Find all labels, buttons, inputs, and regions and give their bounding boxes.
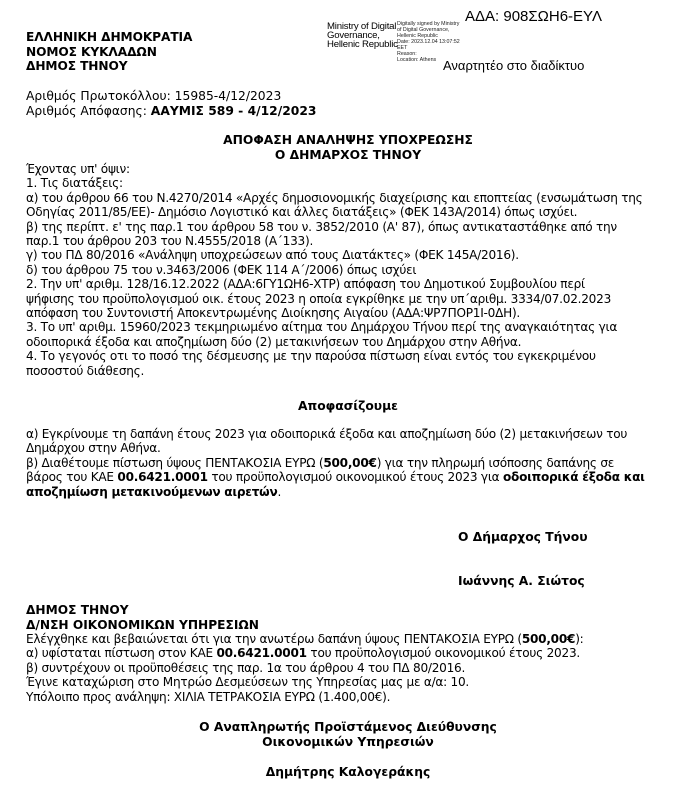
text-span: του προϋπολογισμού οικονομικού έτους 202… [208,470,503,484]
decision-body: α) Εγκρίνουμε τη δαπάνη έτους 2023 για ο… [26,427,696,499]
mayor-title: Ο Δήμαρχος Τήνου [458,530,588,544]
finance-signer-title-line: Ο Αναπληρωτής Προϊστάμενος Διεύθυνσης [0,720,696,735]
consideration-line: 1. Τις διατάξεις: [26,176,696,190]
protocol-value: 15985-4/12/2023 [175,89,282,103]
mayor-name: Ιωάννης Α. Σιώτος [458,574,585,588]
decision-item-a-cont: Δημάρχου στην Αθήνα. [26,441,696,455]
decision-item-b-end: αποζημίωση μετακινούμενων αιρετών. [26,485,696,499]
consideration-line: β) της περίπτ. ε' της παρ.1 του άρθρου 5… [26,220,696,234]
decision-label: Αριθμός Απόφασης: [26,104,151,118]
decision-number: Αριθμός Απόφασης: ΑΑΥΜΙΣ 589 - 4/12/2023 [26,104,316,119]
finance-municipality: ΔΗΜΟΣ ΤΗΝΟΥ [26,603,259,618]
expense-purpose: οδοιπορικά έξοδα και [503,470,645,484]
text-span: βάρος του ΚΑΕ [26,470,117,484]
consideration-line: δ) του άρθρου 75 του ν.3463/2006 (ΦΕΚ 11… [26,263,696,277]
finance-department: Δ/ΝΣΗ ΟΙΚΟΝΟΜΙΚΩΝ ΥΠΗΡΕΣΙΩΝ [26,618,259,633]
decision-item-a: α) Εγκρίνουμε τη δαπάνη έτους 2023 για ο… [26,427,696,441]
reference-numbers: Αριθμός Πρωτοκόλλου: 15985-4/12/2023 Αρι… [26,89,316,119]
text-span: β) Διαθέτουμε πίστωση ύψους ΠΕΝΤΑΚΟΣΙΑ Ε… [26,456,323,470]
kae-code: 00.6421.0001 [216,646,306,660]
finance-balance: Υπόλοιπο προς ανάληψη: ΧΙΛΙΑ ΤΕΤΡΑΚΟΣΙΑ … [26,690,696,704]
consideration-line: Έχοντας υπ' όψιν: [26,162,696,176]
issuer-header: ΕΛΛΗΝΙΚΗ ΔΗΜΟΚΡΑΤΙΑ ΝΟΜΟΣ ΚΥΚΛΑΔΩΝ ΔΗΜΟΣ… [26,30,192,74]
title-line: ΑΠΟΦΑΣΗ ΑΝΑΛΗΨΗΣ ΥΠΟΧΡΕΩΣΗΣ [0,133,696,148]
text-span: . [277,485,281,499]
decision-value: ΑΑΥΜΙΣ 589 - 4/12/2023 [151,104,317,118]
decision-item-b-cont: βάρος του ΚΑΕ 00.6421.0001 του προϋπολογ… [26,470,696,484]
signature-details: Digitally signed by Ministry of Digital … [397,21,460,63]
finance-signer-title: Ο Αναπληρωτής Προϊστάμενος Διεύθυνσης Οι… [0,720,696,750]
expense-purpose-cont: αποζημίωση μετακινούμενων αιρετών [26,485,277,499]
consideration-line: παρ.1 του άρθρου 203 του Ν.4555/2018 (Α΄… [26,234,696,248]
amount: 500,00€ [323,456,376,470]
consideration-line: 4. Το γεγονός οτι το ποσό της δέσμευσης … [26,349,696,363]
decision-heading: Αποφασίζουμε [0,399,696,413]
finance-body: Ελέγχθηκε και βεβαιώνεται ότι για την αν… [26,632,696,704]
kae-code: 00.6421.0001 [117,470,207,484]
text-span: ) για την πληρωμή ισόποσης δαπάνης σε [377,456,614,470]
title-subline: Ο ΔΗΜΑΡΧΟΣ ΤΗΝΟΥ [0,148,696,163]
text-span: του προϋπολογισμού οικονομικού έτους 202… [307,646,580,660]
consideration-line: γ) του ΠΔ 80/2016 «Ανάληψη υποχρεώσεων α… [26,248,696,262]
finance-item-a: α) υφίσταται πίστωση στον ΚΑΕ 00.6421.00… [26,646,696,660]
finance-item-b: β) συντρέχουν οι προϋποθέσεις της παρ. 1… [26,661,696,675]
protocol-number: Αριθμός Πρωτοκόλλου: 15985-4/12/2023 [26,89,316,104]
consideration-line: α) του άρθρου 66 του Ν.4270/2014 «Αρχές … [26,191,696,205]
consideration-line: απόφαση του Συντονιστή Αποκεντρωμένης Δι… [26,306,696,320]
finance-verification: Ελέγχθηκε και βεβαιώνεται ότι για την αν… [26,632,696,646]
text-span: α) υφίσταται πίστωση στον ΚΑΕ [26,646,216,660]
finance-signer-title-line: Οικονομικών Υπηρεσιών [0,735,696,750]
ada-code: ΑΔΑ: 908ΣΩΗ6-ΕΥΛ [465,8,602,25]
finance-registry: Έγινε καταχώριση στο Μητρώο Δεσμεύσεων τ… [26,675,696,689]
consideration-line: 3. Το υπ' αριθμ. 15960/2023 τεκμηριωμένο… [26,320,696,334]
amount: 500,00€ [522,632,575,646]
considerations: Έχοντας υπ' όψιν: 1. Τις διατάξεις: α) τ… [26,162,696,378]
issuer-prefecture: ΝΟΜΟΣ ΚΥΚΛΑΔΩΝ [26,45,192,60]
text-span: Ελέγχθηκε και βεβαιώνεται ότι για την αν… [26,632,522,646]
issuer-country: ΕΛΛΗΝΙΚΗ ΔΗΜΟΚΡΑΤΙΑ [26,30,192,45]
posted-online-note: Αναρτητέο στο διαδίκτυο [443,58,584,73]
document-title: ΑΠΟΦΑΣΗ ΑΝΑΛΗΨΗΣ ΥΠΟΧΡΕΩΣΗΣ Ο ΔΗΜΑΡΧΟΣ Τ… [0,133,696,162]
issuer-municipality: ΔΗΜΟΣ ΤΗΝΟΥ [26,59,192,74]
finance-header: ΔΗΜΟΣ ΤΗΝΟΥ Δ/ΝΣΗ ΟΙΚΟΝΟΜΙΚΩΝ ΥΠΗΡΕΣΙΩΝ [26,603,259,632]
text-span: ): [575,632,583,646]
signature-org-line: Hellenic Republic [327,40,398,49]
consideration-line: Οδηγίας 2011/85/ΕΕ)- Δημόσιο Λογιστικό κ… [26,205,696,219]
consideration-line: οδοιπορικά έξοδα και αποζημίωση δύο (2) … [26,335,696,349]
consideration-line: 2. Την υπ' αριθμ. 128/16.12.2022 (ΑΔΑ:6Γ… [26,277,696,291]
consideration-line: ποσοστού διάθεσης. [26,364,696,378]
protocol-label: Αριθμός Πρωτοκόλλου: [26,89,175,103]
decision-item-b: β) Διαθέτουμε πίστωση ύψους ΠΕΝΤΑΚΟΣΙΑ Ε… [26,456,696,470]
finance-signer-name: Δημήτρης Καλογεράκης [0,765,696,779]
signature-org: Ministry of Digital Governance, Hellenic… [327,22,398,49]
consideration-line: ψήφισης του προϋπολογισμού οικ. έτους 20… [26,292,696,306]
